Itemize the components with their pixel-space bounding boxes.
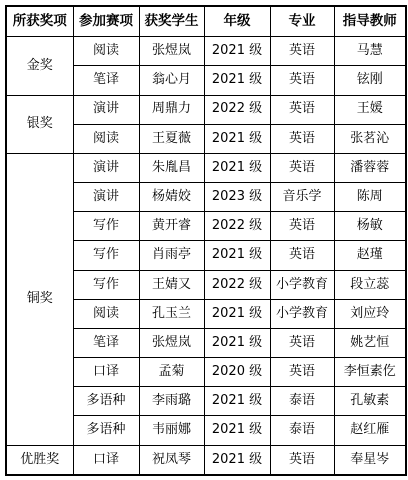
cell-grade: 2021 级 bbox=[204, 299, 270, 328]
cell-major: 小学教育 bbox=[270, 270, 334, 299]
cell-event: 口译 bbox=[73, 445, 139, 475]
cell-grade: 2022 级 bbox=[204, 95, 270, 124]
cell-student: 王夏薇 bbox=[139, 124, 204, 153]
cell-major: 英语 bbox=[270, 212, 334, 241]
cell-event: 阅读 bbox=[73, 37, 139, 66]
cell-event: 笔译 bbox=[73, 66, 139, 95]
cell-grade: 2020 级 bbox=[204, 358, 270, 387]
cell-event: 阅读 bbox=[73, 299, 139, 328]
cell-event: 演讲 bbox=[73, 95, 139, 124]
header-cell-event: 参加赛项 bbox=[73, 6, 139, 37]
award-cell-bronze: 铜奖 bbox=[6, 153, 73, 445]
header-row: 所获奖项 参加赛项 获奖学生 年级 专业 指导教师 bbox=[6, 6, 406, 37]
cell-teacher: 李恒素仡 bbox=[334, 358, 406, 387]
table-row: 铜奖 演讲 朱胤昌 2021 级 英语 潘蓉蓉 bbox=[6, 153, 406, 182]
cell-major: 英语 bbox=[270, 241, 334, 270]
cell-grade: 2021 级 bbox=[204, 124, 270, 153]
cell-major: 小学教育 bbox=[270, 299, 334, 328]
cell-grade: 2021 级 bbox=[204, 153, 270, 182]
header-cell-award: 所获奖项 bbox=[6, 6, 73, 37]
header-cell-student: 获奖学生 bbox=[139, 6, 204, 37]
cell-major: 英语 bbox=[270, 95, 334, 124]
table-row: 金奖 阅读 张煜岚 2021 级 英语 马慧 bbox=[6, 37, 406, 66]
cell-event: 演讲 bbox=[73, 183, 139, 212]
award-cell-silver: 银奖 bbox=[6, 95, 73, 153]
cell-major: 英语 bbox=[270, 66, 334, 95]
cell-teacher: 赵红雁 bbox=[334, 416, 406, 445]
header-cell-major: 专业 bbox=[270, 6, 334, 37]
cell-teacher: 陈周 bbox=[334, 183, 406, 212]
cell-grade: 2022 级 bbox=[204, 212, 270, 241]
cell-teacher: 马慧 bbox=[334, 37, 406, 66]
cell-teacher: 杨敏 bbox=[334, 212, 406, 241]
cell-grade: 2021 级 bbox=[204, 445, 270, 475]
cell-grade: 2021 级 bbox=[204, 66, 270, 95]
cell-student: 王婧又 bbox=[139, 270, 204, 299]
cell-event: 笔译 bbox=[73, 328, 139, 357]
awards-table: 所获奖项 参加赛项 获奖学生 年级 专业 指导教师 金奖 阅读 张煜岚 2021… bbox=[5, 5, 407, 476]
cell-teacher: 奉星岑 bbox=[334, 445, 406, 475]
cell-student: 杨婧姣 bbox=[139, 183, 204, 212]
cell-event: 多语种 bbox=[73, 416, 139, 445]
cell-teacher: 刘应玲 bbox=[334, 299, 406, 328]
cell-major: 英语 bbox=[270, 124, 334, 153]
cell-major: 泰语 bbox=[270, 387, 334, 416]
cell-major: 英语 bbox=[270, 358, 334, 387]
cell-grade: 2021 级 bbox=[204, 416, 270, 445]
cell-student: 周鼎力 bbox=[139, 95, 204, 124]
cell-major: 泰语 bbox=[270, 416, 334, 445]
cell-student: 翁心月 bbox=[139, 66, 204, 95]
table-row: 银奖 演讲 周鼎力 2022 级 英语 王媛 bbox=[6, 95, 406, 124]
cell-event: 写作 bbox=[73, 270, 139, 299]
award-cell-winner: 优胜奖 bbox=[6, 445, 73, 475]
cell-student: 孟菊 bbox=[139, 358, 204, 387]
cell-major: 音乐学 bbox=[270, 183, 334, 212]
cell-student: 祝凤琴 bbox=[139, 445, 204, 475]
cell-teacher: 铉刚 bbox=[334, 66, 406, 95]
table-row: 优胜奖 口译 祝凤琴 2021 级 英语 奉星岑 bbox=[6, 445, 406, 475]
cell-grade: 2022 级 bbox=[204, 270, 270, 299]
cell-student: 韦丽娜 bbox=[139, 416, 204, 445]
header-cell-teacher: 指导教师 bbox=[334, 6, 406, 37]
cell-event: 写作 bbox=[73, 212, 139, 241]
cell-student: 孔玉兰 bbox=[139, 299, 204, 328]
cell-event: 演讲 bbox=[73, 153, 139, 182]
cell-student: 朱胤昌 bbox=[139, 153, 204, 182]
cell-grade: 2021 级 bbox=[204, 241, 270, 270]
cell-teacher: 潘蓉蓉 bbox=[334, 153, 406, 182]
cell-major: 英语 bbox=[270, 37, 334, 66]
cell-student: 张煜岚 bbox=[139, 37, 204, 66]
cell-teacher: 姚艺恒 bbox=[334, 328, 406, 357]
cell-grade: 2023 级 bbox=[204, 183, 270, 212]
cell-grade: 2021 级 bbox=[204, 387, 270, 416]
header-cell-grade: 年级 bbox=[204, 6, 270, 37]
cell-student: 黄开睿 bbox=[139, 212, 204, 241]
cell-grade: 2021 级 bbox=[204, 328, 270, 357]
cell-teacher: 段立蕊 bbox=[334, 270, 406, 299]
cell-teacher: 王媛 bbox=[334, 95, 406, 124]
cell-event: 阅读 bbox=[73, 124, 139, 153]
cell-event: 写作 bbox=[73, 241, 139, 270]
cell-student: 李雨璐 bbox=[139, 387, 204, 416]
cell-major: 英语 bbox=[270, 153, 334, 182]
cell-grade: 2021 级 bbox=[204, 37, 270, 66]
cell-teacher: 张茗沁 bbox=[334, 124, 406, 153]
cell-major: 英语 bbox=[270, 445, 334, 475]
cell-teacher: 赵瑾 bbox=[334, 241, 406, 270]
cell-major: 英语 bbox=[270, 328, 334, 357]
cell-event: 口译 bbox=[73, 358, 139, 387]
document-page: 所获奖项 参加赛项 获奖学生 年级 专业 指导教师 金奖 阅读 张煜岚 2021… bbox=[0, 0, 408, 480]
cell-student: 张煜岚 bbox=[139, 328, 204, 357]
cell-student: 肖雨亭 bbox=[139, 241, 204, 270]
award-cell-gold: 金奖 bbox=[6, 37, 73, 95]
cell-event: 多语种 bbox=[73, 387, 139, 416]
cell-teacher: 孔敏素 bbox=[334, 387, 406, 416]
